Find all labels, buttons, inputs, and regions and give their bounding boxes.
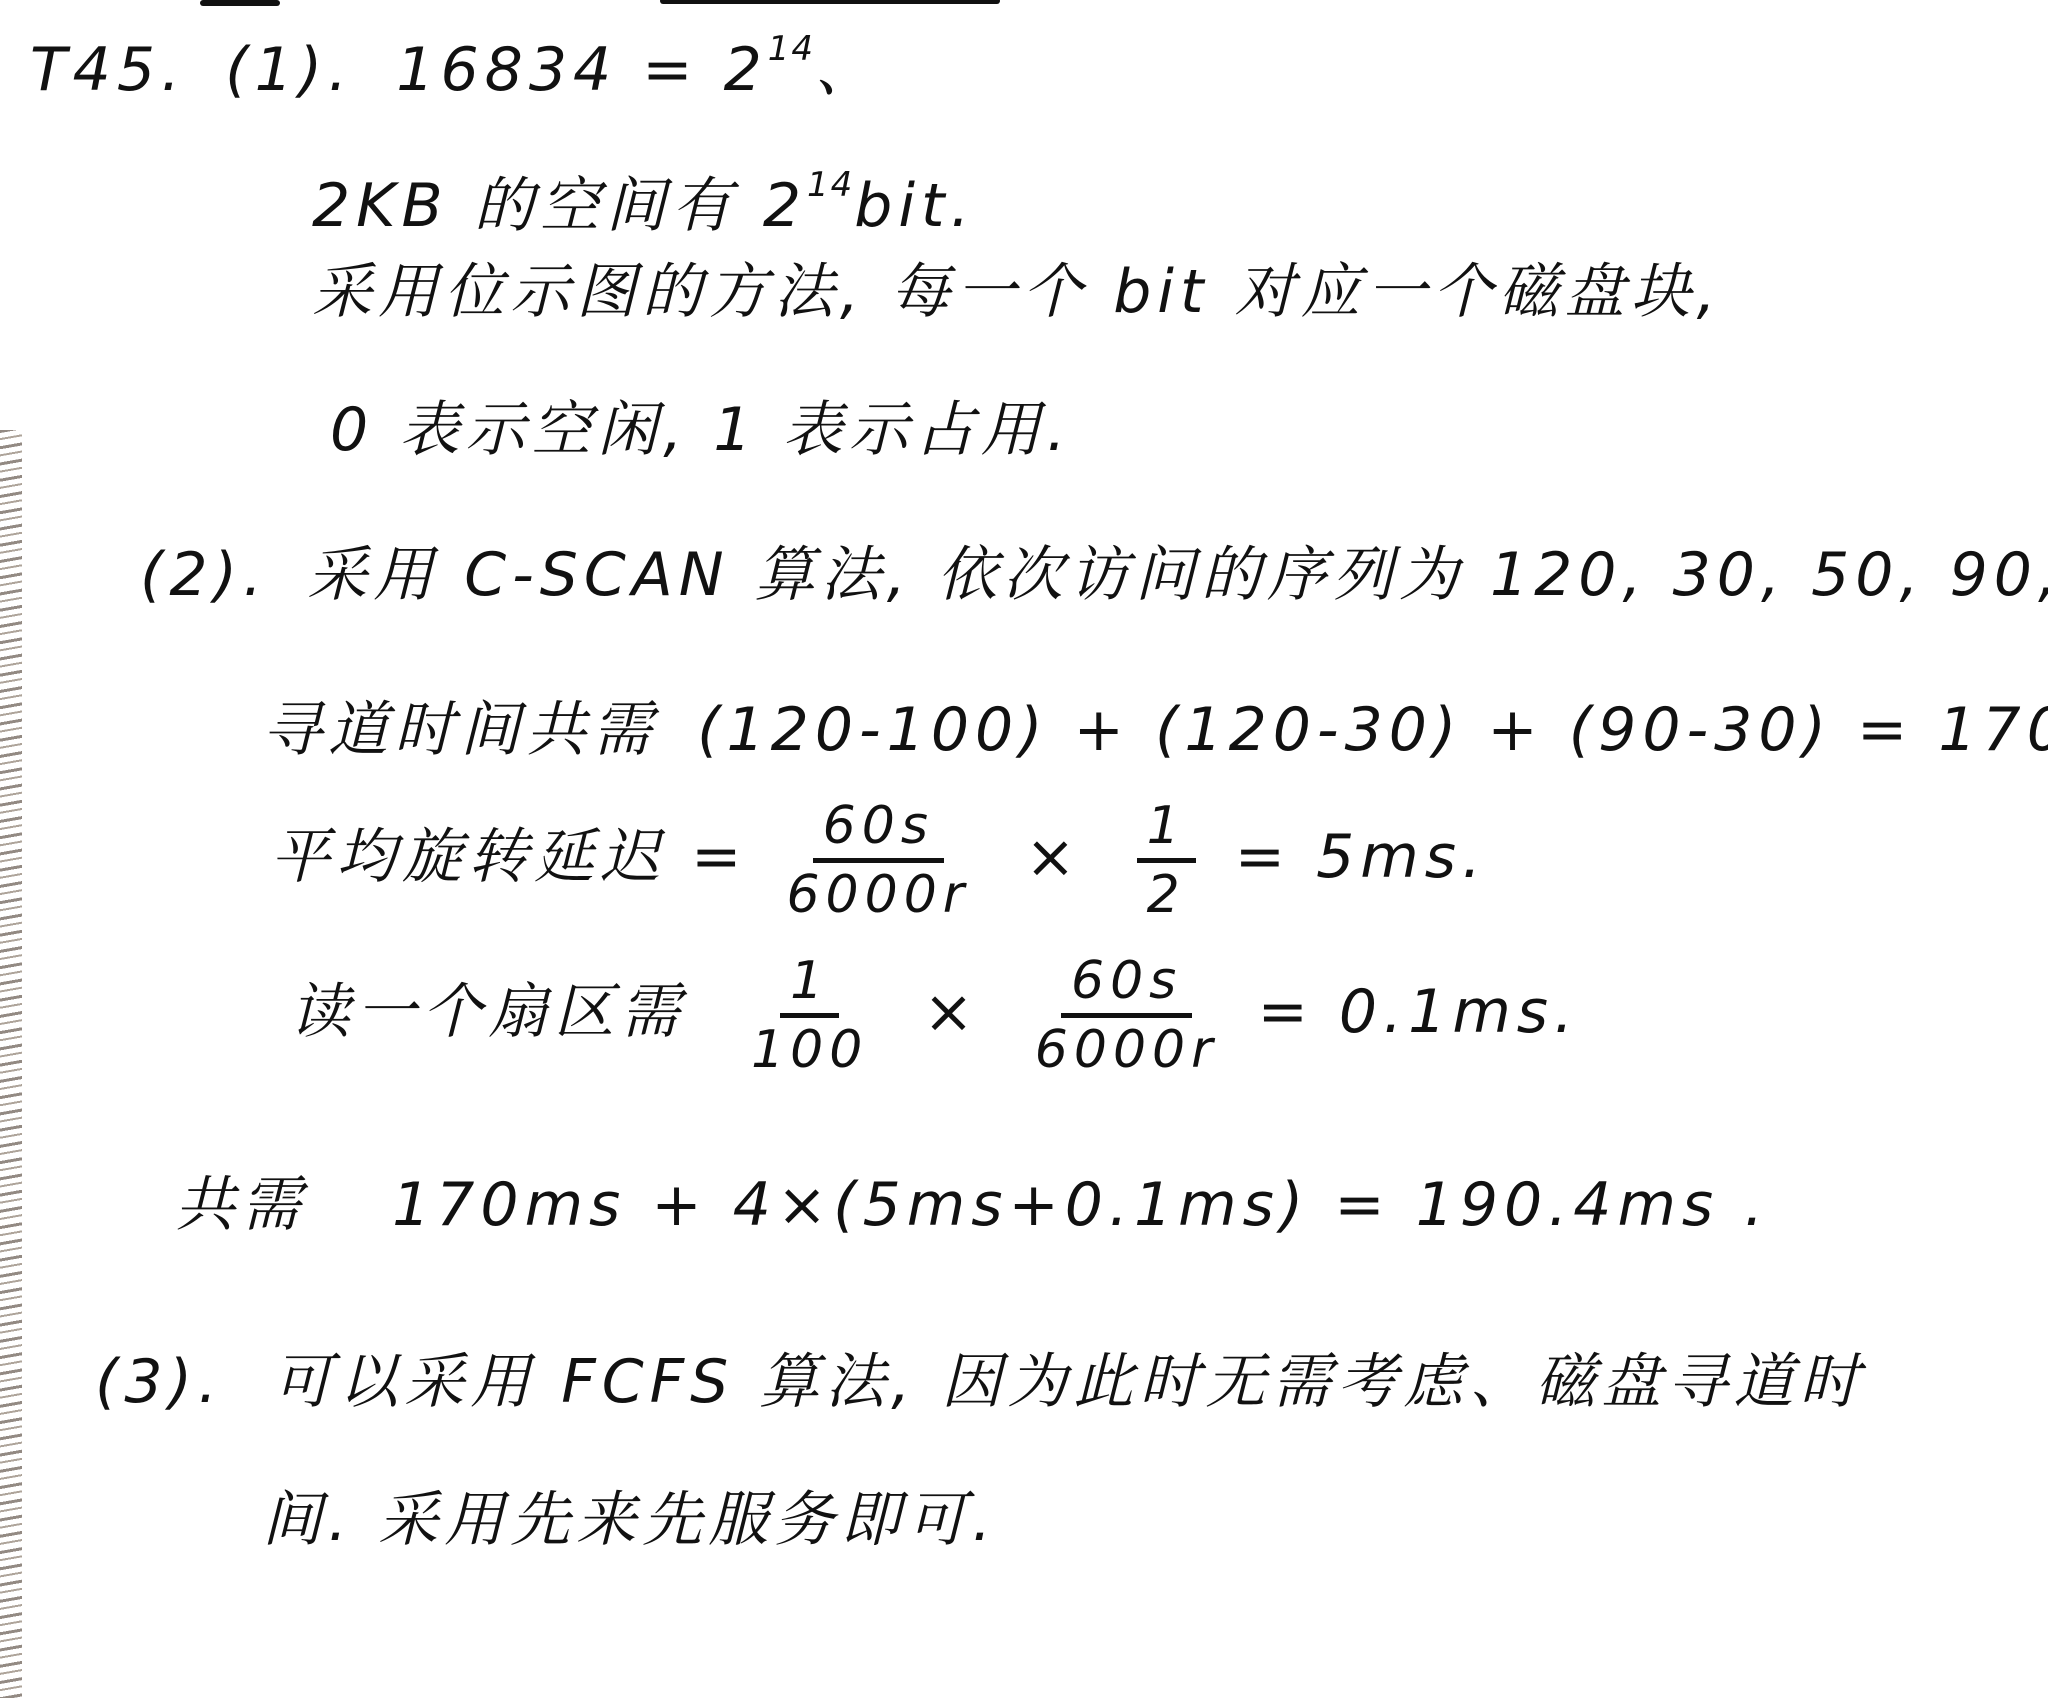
equation: 16834 = 214、 [396,35,881,105]
sector-read-line: 读一个扇区需 1 100 × 60s 6000r = 0.1ms. [290,955,1579,1076]
top-ink-stroke-right [660,0,1000,4]
fraction-1-over-100: 1 100 [751,955,868,1076]
fraction-one-half: 1 2 [1137,800,1196,921]
q45-part2-line1: (2). 采用 C-SCAN 算法, 依次访问的序列为 120, 30, 50,… [140,545,2048,605]
part-label: (2). [140,540,268,610]
part-label: (3). [95,1347,223,1417]
q45-part1-line1: T45. (1). 16834 = 214、 [30,32,881,100]
fraction-60s-over-6000r: 60s 6000r [786,800,970,921]
question-number: T45. [30,35,186,105]
q45-part1-line3: 采用位示图的方法, 每一个 bit 对应一个磁盘块, [312,262,1722,322]
q45-part1-line2: 2KB 的空间有 214bit. [312,168,976,236]
rotational-latency-line: 平均旋转延迟 = 60s 6000r × 1 2 = 5ms. [270,800,1487,921]
paper-edge-shadow [0,430,22,1698]
seek-time-line: 寻道时间共需 (120-100) + (120-30) + (90-30) = … [262,700,2048,760]
q45-part3-line1: (3). 可以采用 FCFS 算法, 因为此时无需考虑、磁盘寻道时 [95,1352,1865,1412]
top-ink-stroke-left [200,0,280,6]
fraction-60s-over-6000r: 60s 6000r [1035,955,1219,1076]
q45-part3-line2: 间. 采用先来先服务即可. [262,1490,997,1550]
total-time-line: 共需 170ms + 4×(5ms+0.1ms) = 190.4ms . [175,1175,1769,1235]
q45-part1-line4: 0 表示空闲, 1 表示占用. [330,400,1072,460]
part-label: (1). [225,35,353,105]
